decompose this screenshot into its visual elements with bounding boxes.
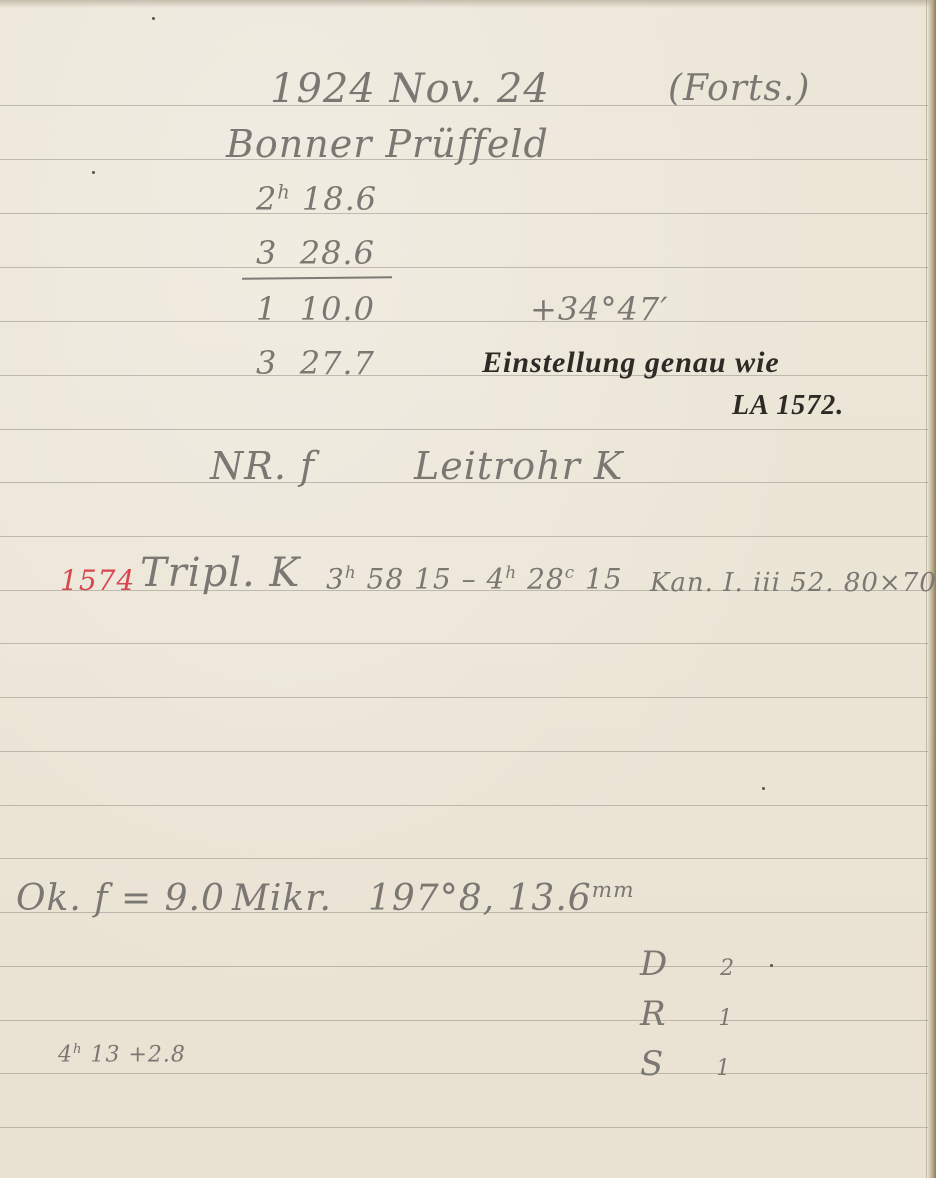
rating-row: S 1 xyxy=(640,1044,731,1084)
ruled-line xyxy=(0,697,928,698)
footnote-time-correction: 4h 13 +2.8 xyxy=(58,1042,186,1067)
ruled-line xyxy=(0,536,928,537)
start-rest: 58 15 xyxy=(367,562,452,595)
ruled-line xyxy=(0,966,928,967)
time-minutes: 28.6 xyxy=(300,234,375,272)
ruled-line xyxy=(0,751,928,752)
plate-kan: Kan. I. iii xyxy=(650,568,781,598)
time-hours: 2 xyxy=(256,180,277,218)
paper-speck xyxy=(770,964,773,967)
end-seconds: 15 xyxy=(585,562,623,595)
exposure-time: 3h 58 15 – 4h 28c 15 xyxy=(326,562,623,595)
micrometer-reading: 197°8, 13.6 xyxy=(368,878,592,919)
start-hours-unit: h xyxy=(345,562,357,582)
ruled-line xyxy=(0,805,928,806)
time-minutes: 27.7 xyxy=(300,344,375,382)
micrometer-unit: mm xyxy=(592,878,635,903)
ruled-line xyxy=(0,321,928,322)
time-row-4: 3 27.7 xyxy=(256,344,375,382)
hours-unit: h xyxy=(277,180,290,203)
rating-symbol-r: R xyxy=(640,994,667,1034)
ruled-line xyxy=(0,267,928,268)
rating-value: 1 xyxy=(718,1006,733,1031)
rating-symbol-s: S xyxy=(640,1044,664,1084)
subtraction-rule xyxy=(242,276,392,280)
end-minutes: 28 xyxy=(527,562,565,595)
footnote-rest: 13 +2.8 xyxy=(91,1042,186,1067)
continued-note: (Forts.) xyxy=(668,68,810,109)
rating-row: R 1 xyxy=(640,994,733,1034)
ruled-line xyxy=(0,1127,928,1128)
section-title-bonner-prueffeld: Bonner Prüffeld xyxy=(226,122,549,166)
plate-size: 52. 80×70 xyxy=(790,568,936,598)
ink-note-setting: Einstellung genau wie xyxy=(482,346,780,380)
paper-speck xyxy=(152,17,155,20)
ruled-line xyxy=(0,858,928,859)
time-row-2: 3 28.6 xyxy=(256,234,375,272)
plate-number: 1574 xyxy=(60,564,135,597)
rating-value: 1 xyxy=(716,1056,731,1081)
notebook-page: 1924 Nov. 24 (Forts.) Bonner Prüffeld 2h… xyxy=(0,0,936,1178)
ruled-line xyxy=(0,1073,928,1074)
time-minutes: 10.0 xyxy=(300,290,375,328)
ink-note-reference: LA 1572. xyxy=(732,390,844,422)
time-minutes: 18.6 xyxy=(302,180,377,218)
end-hours: 4 xyxy=(487,562,506,595)
start-hours: 3 xyxy=(326,562,345,595)
paper-speck xyxy=(762,787,765,790)
end-hours-unit: h xyxy=(505,562,517,582)
ocular-focal-length: Ok. f = 9.0 xyxy=(16,878,225,919)
rating-symbol-d: D xyxy=(640,944,668,984)
declination-value: +34°47′ xyxy=(530,290,669,328)
page-top-shadow xyxy=(0,0,936,8)
plate-info: Kan. I. iii 52. 80×70 xyxy=(650,568,936,598)
paper-speck xyxy=(92,171,95,174)
ruled-line xyxy=(0,643,928,644)
ruled-line xyxy=(0,429,928,430)
micrometer-value: 197°8, 13.6mm xyxy=(368,878,635,919)
rating-row: D 2 xyxy=(640,944,735,984)
ruled-line xyxy=(0,1020,928,1021)
ruled-line xyxy=(0,213,928,214)
footnote-hours-unit: h xyxy=(73,1042,83,1057)
heading-leitrohr: Leitrohr K xyxy=(414,444,623,488)
time-dash: – xyxy=(462,562,477,595)
time-hours: 3 xyxy=(256,234,277,272)
time-hours: 1 xyxy=(256,290,277,328)
time-hours: 3 xyxy=(256,344,277,382)
heading-nr-f: NR. f xyxy=(210,444,315,488)
end-minutes-unit: c xyxy=(565,562,575,582)
ruled-line xyxy=(0,375,928,376)
time-row-3: 1 10.0 xyxy=(256,290,375,328)
rating-value: 2 xyxy=(720,956,735,981)
footnote-hours: 4 xyxy=(58,1042,73,1067)
instrument: Tripl. K xyxy=(140,550,300,596)
entry-date: 1924 Nov. 24 xyxy=(270,66,550,112)
time-row-1: 2h 18.6 xyxy=(256,180,377,218)
micrometer-label: Mikr. xyxy=(232,878,332,919)
